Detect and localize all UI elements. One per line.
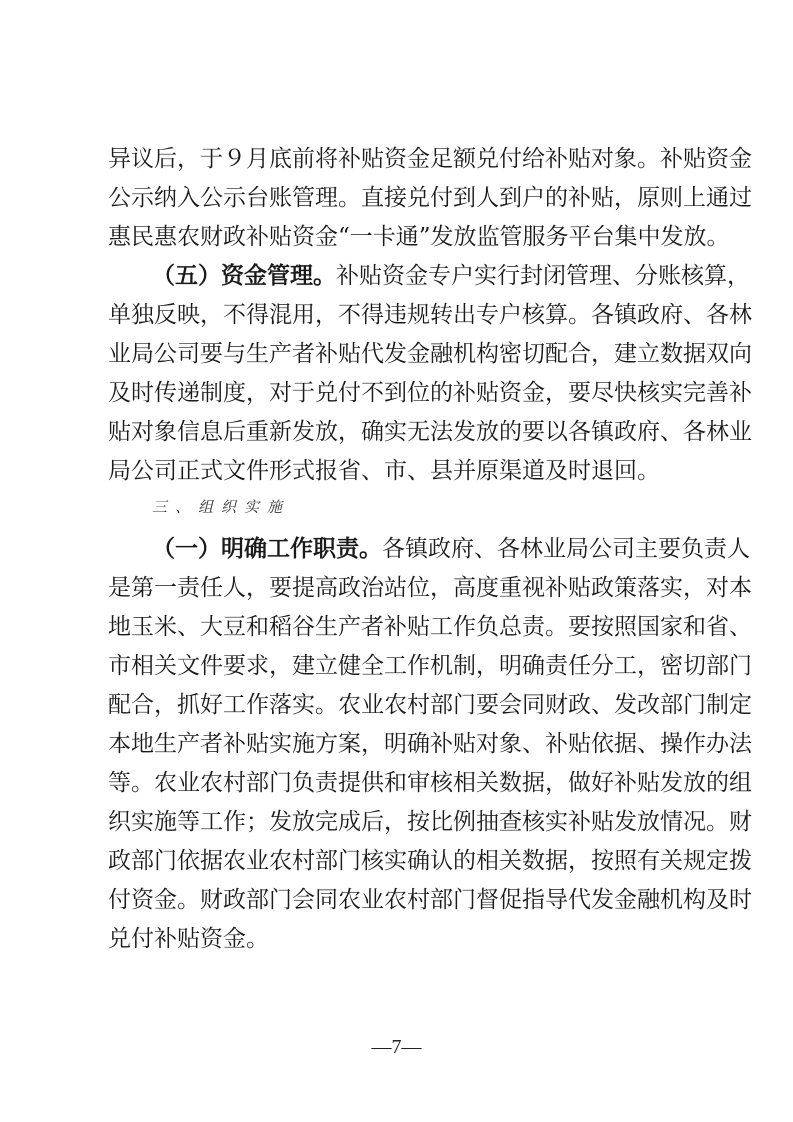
page-number: —7—	[0, 1036, 793, 1059]
section-one-text: 各镇政府、各林业局公司主要负责人	[382, 536, 750, 562]
text-line: 异议后，于９月底前将补贴资金足额兑付给补贴对象。补贴资金	[108, 144, 694, 174]
text-line: 贴对象信息后重新发放，确实无法发放的要以各镇政府、各林业	[108, 417, 694, 447]
text-line: 付资金。财政部门会同农业农村部门督促指导代发金融机构及时	[108, 885, 694, 915]
text-line: 配合，抓好工作落实。农业农村部门要会同财政、发改部门制定	[108, 690, 694, 720]
text-line: 局公司正式文件形式报省、市、县并原渠道及时退回。	[108, 456, 694, 486]
text-line: 单独反映，不得混用，不得违规转出专户核算。各镇政府、各林	[108, 300, 694, 330]
section-five-first-line: （五）资金管理。补贴资金专户实行封闭管理、分账核算，	[152, 261, 694, 291]
document-page: 异议后，于９月底前将补贴资金足额兑付给补贴对象。补贴资金 公示纳入公示台账管理。…	[0, 0, 793, 1122]
section-heading: 三、组织实施	[152, 492, 290, 522]
text-line: 本地生产者补贴实施方案，明确补贴对象、补贴依据、操作办法	[108, 729, 694, 759]
section-one-title: （一）明确工作职责。	[152, 535, 382, 562]
section-one-first-line: （一）明确工作职责。各镇政府、各林业局公司主要负责人	[152, 534, 694, 564]
section-five-title: （五）资金管理。	[152, 262, 336, 289]
text-line: 织实施等工作；发放完成后，按比例抽查核实补贴发放情况。财	[108, 807, 694, 837]
text-line: 公示纳入公示台账管理。直接兑付到人到户的补贴，原则上通过	[108, 183, 694, 213]
text-line: 及时传递制度，对于兑付不到位的补贴资金，要尽快核实完善补	[108, 378, 694, 408]
text-line: 等。农业农村部门负责提供和审核相关数据，做好补贴发放的组	[108, 768, 694, 798]
text-line: 政部门依据农业农村部门核实确认的相关数据，按照有关规定拨	[108, 846, 694, 876]
text-line: 是第一责任人，要提高政治站位，高度重视补贴政策落实，对本	[108, 573, 694, 603]
text-line: 兑付补贴资金。	[108, 924, 694, 954]
text-line: 地玉米、大豆和稻谷生产者补贴工作负总责。要按照国家和省、	[108, 612, 694, 642]
text-line: 市相关文件要求，建立健全工作机制，明确责任分工，密切部门	[108, 651, 694, 681]
text-line: 业局公司要与生产者补贴代发金融机构密切配合，建立数据双向	[108, 339, 694, 369]
text-line: 惠民惠农财政补贴资金“一卡通”发放监管服务平台集中发放。	[108, 222, 694, 252]
section-five-text: 补贴资金专户实行封闭管理、分账核算，	[336, 263, 750, 289]
